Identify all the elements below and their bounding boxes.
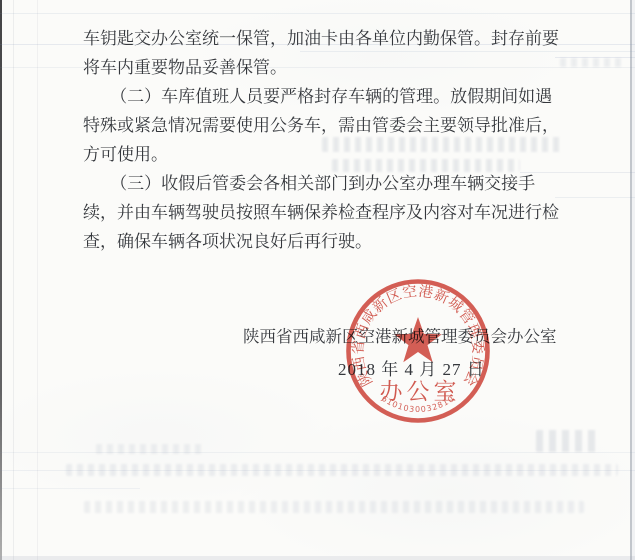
body-line: 特殊或紧急情况需要使用公务车，需由管委会主要领导批准后， <box>83 111 565 140</box>
scan-ruled-line <box>555 197 635 198</box>
scan-ruled-line <box>0 488 140 489</box>
bleedthrough-smudge <box>96 444 206 454</box>
scanned-document-page: 车钥匙交办公室统一保管，加油卡由各单位内勤保管。封存前要 将车内重要物品妥善保管… <box>0 0 635 560</box>
scan-fold-line-left-2 <box>37 0 38 560</box>
bleedthrough-smudge <box>84 501 584 513</box>
body-line: 将车内重要物品妥善保管。 <box>83 53 565 82</box>
body-line: 车钥匙交办公室统一保管，加油卡由各单位内勤保管。封存前要 <box>83 24 565 53</box>
body-line: 方可使用。 <box>83 140 565 169</box>
seal-star-icon <box>394 317 442 362</box>
official-seal: 陕西省西咸新区空港新城管理委员会 办公室 6101030032810 <box>336 269 500 433</box>
bleedthrough-smudge <box>66 464 618 476</box>
document-body: 车钥匙交办公室统一保管，加油卡由各单位内勤保管。封存前要 将车内重要物品妥善保管… <box>83 24 565 256</box>
scan-edge-left <box>0 0 2 560</box>
scan-fold-line-left <box>13 0 14 560</box>
scan-edge-bottom <box>0 556 635 560</box>
body-line: （三）收假后管委会各相关部门到办公室办理车辆交接手 <box>83 169 565 198</box>
body-line: 续，并由车辆驾驶员按照车辆保养检查程序及内容对车况进行检 <box>83 198 565 227</box>
bleedthrough-smudge <box>560 58 622 67</box>
bleedthrough-smudge <box>536 430 598 452</box>
body-line: 查，确保车辆各项状况良好后再行驶。 <box>83 227 565 256</box>
body-line: （二）车库值班人员要严格封存车辆的管理。放假期间如遇 <box>83 82 565 111</box>
scan-ruled-line <box>0 13 635 14</box>
